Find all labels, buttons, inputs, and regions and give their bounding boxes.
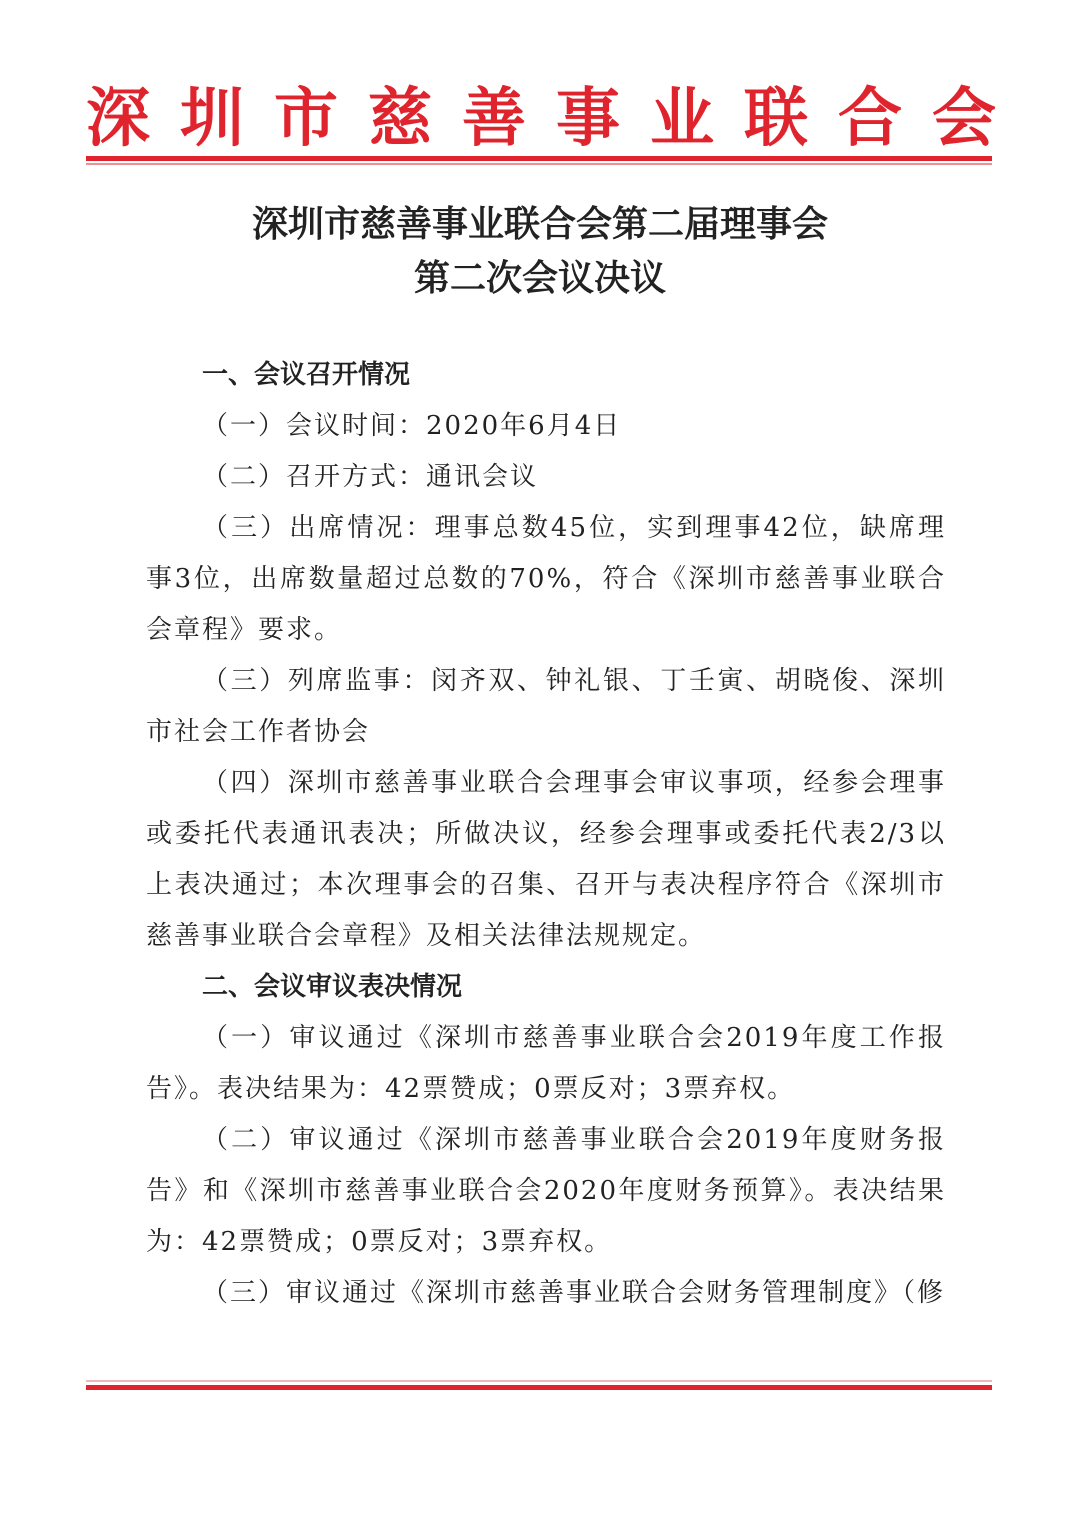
- footer-divider-thin: [86, 1380, 992, 1382]
- letterhead-char: 业: [650, 67, 714, 159]
- letterhead-char: 会: [932, 67, 996, 159]
- letterhead-char: 慈: [368, 67, 432, 159]
- paragraph: （一）会议时间：2020年6月4日: [146, 401, 946, 452]
- footer-divider-thick: [86, 1385, 992, 1390]
- letterhead-char: 合: [838, 67, 902, 159]
- paragraph: （二）召开方式：通讯会议: [146, 452, 946, 503]
- letterhead-divider-thin: [86, 163, 992, 165]
- letterhead-char: 联: [744, 67, 808, 159]
- paragraph: （三）出席情况：理事总数45位，实到理事42位，缺席理事3位，出席数量超过总数的…: [146, 503, 946, 656]
- paragraph: （三）审议通过《深圳市慈善事业联合会财务管理制度》（修: [146, 1268, 946, 1319]
- paragraph: （一）审议通过《深圳市慈善事业联合会2019年度工作报告》。表决结果为：42票赞…: [146, 1013, 946, 1115]
- section-heading: 一、会议召开情况: [146, 350, 946, 401]
- letterhead-char: 市: [274, 67, 338, 159]
- paragraph: （三）列席监事：闵齐双、钟礼银、丁壬寅、胡晓俊、深圳市社会工作者协会: [146, 656, 946, 758]
- paragraph: （四）深圳市慈善事业联合会理事会审议事项，经参会理事或委托代表通讯表决；所做决议…: [146, 758, 946, 962]
- letterhead-divider-thick: [86, 156, 992, 161]
- letterhead-char: 圳: [180, 67, 244, 159]
- document-title-line-1: 深圳市慈善事业联合会第二届理事会: [0, 196, 1080, 247]
- document-title-line-2: 第二次会议决议: [0, 250, 1080, 301]
- letterhead-char: 深: [86, 67, 150, 159]
- letterhead-char: 事: [556, 67, 620, 159]
- document-body: 一、会议召开情况 （一）会议时间：2020年6月4日 （二）召开方式：通讯会议 …: [146, 350, 946, 1319]
- letterhead-org-name: 深 圳 市 慈 善 事 业 联 合 会: [86, 68, 996, 158]
- paragraph: （二）审议通过《深圳市慈善事业联合会2019年度财务报告》和《深圳市慈善事业联合…: [146, 1115, 946, 1268]
- section-heading: 二、会议审议表决情况: [146, 962, 946, 1013]
- letterhead-char: 善: [462, 67, 526, 159]
